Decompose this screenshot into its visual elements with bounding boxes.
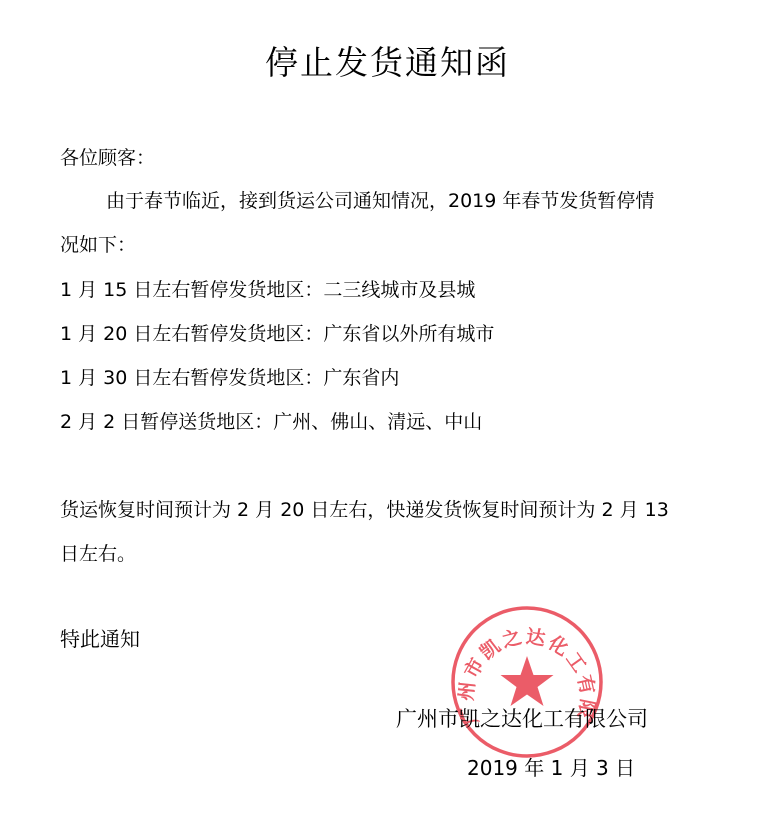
intro-paragraph-line-2: 况如下： bbox=[60, 232, 136, 258]
resume-notice-line-2: 日左右。 bbox=[60, 541, 136, 567]
schedule-item: 1 月 20 日左右暂停发货地区：广东省以外所有城市 bbox=[60, 321, 494, 347]
company-seal-stamp: 广州市凯之达化工有限公司 bbox=[449, 604, 605, 760]
document-title: 停止发货通知函 bbox=[0, 38, 775, 88]
company-name: 广州市凯之达化工有限公司 bbox=[396, 705, 648, 733]
issue-date: 2019 年 1 月 3 日 bbox=[467, 755, 635, 781]
greeting: 各位顾客： bbox=[60, 145, 155, 171]
schedule-item: 1 月 30 日左右暂停发货地区：广东省内 bbox=[60, 365, 399, 391]
star-icon bbox=[501, 656, 554, 706]
intro-paragraph-line-1: 由于春节临近，接到货运公司通知情况，2019 年春节发货暂停情 bbox=[106, 188, 654, 214]
resume-notice-line-1: 货运恢复时间预计为 2 月 20 日左右，快递发货恢复时间预计为 2 月 13 bbox=[60, 497, 669, 523]
schedule-item: 1 月 15 日左右暂停发货地区：二三线城市及县城 bbox=[60, 277, 475, 303]
closing-remark: 特此通知 bbox=[60, 626, 140, 652]
schedule-item: 2 月 2 日暂停送货地区：广州、佛山、清远、中山 bbox=[60, 409, 482, 435]
